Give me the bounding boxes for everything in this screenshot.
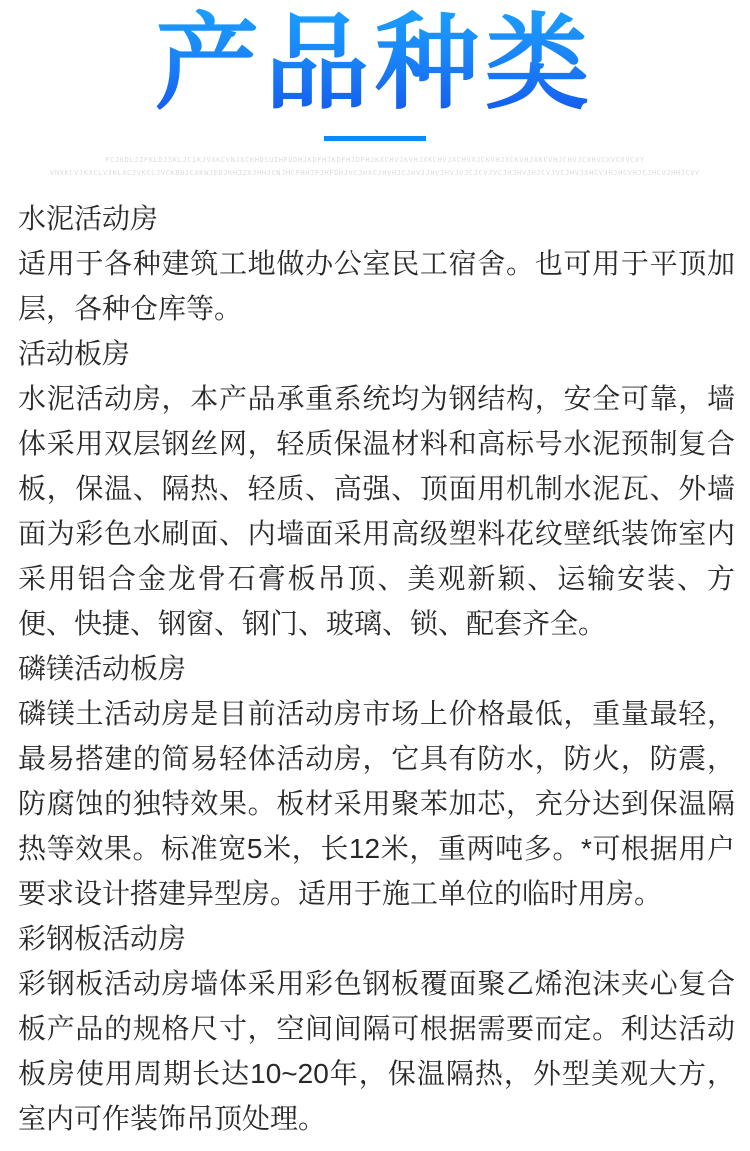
section-paragraph: 水泥活动房，本产品承重系统均为钢结构，安全可靠，墙体采用双层钢丝网，轻质保温材料… (18, 376, 735, 646)
title-underline (324, 136, 426, 141)
watermark-line-2: VNXKCVJKXCLVJKLXCJVKCLJVCKBNJCXKWJEDJKHJ… (0, 167, 750, 180)
section-magnesium-house: 磷镁活动板房 磷镁土活动房是目前活动房市场上价格最低，重量最轻，最易搭建的简易轻… (18, 646, 735, 916)
section-paragraph: 适用于各种建筑工地做办公室民工宿舍。也可用于平顶加层，各种仓库等。 (18, 241, 735, 331)
section-color-steel-house: 彩钢板活动房 彩钢板活动房墙体采用彩色钢板覆面聚乙烯泡沫夹心复合板产品的规格尺寸… (18, 916, 735, 1141)
page: { "page": { "title": "产品种类", "accent_gra… (0, 0, 750, 1151)
watermark-line-1: FCJKDLJZFKLDJSKLJCIKJVXKCVNJXCKHDSUIHFUD… (0, 154, 750, 167)
section-heading: 水泥活动房 (18, 196, 735, 241)
hero-header: 产品种类 (0, 0, 750, 141)
section-panel-house: 活动板房 水泥活动房，本产品承重系统均为钢结构，安全可靠，墙体采用双层钢丝网，轻… (18, 331, 735, 646)
watermark-block: FCJKDLJZFKLDJSKLJCIKJVXKCVNJXCKHDSUIHFUD… (0, 154, 750, 180)
page-title: 产品种类 (155, 6, 595, 122)
section-heading: 磷镁活动板房 (18, 646, 735, 691)
section-cement-house: 水泥活动房 适用于各种建筑工地做办公室民工宿舍。也可用于平顶加层，各种仓库等。 (18, 196, 735, 331)
section-heading: 彩钢板活动房 (18, 916, 735, 961)
section-paragraph: 彩钢板活动房墙体采用彩色钢板覆面聚乙烯泡沫夹心复合板产品的规格尺寸，空间间隔可根… (18, 961, 735, 1141)
article-content: 水泥活动房 适用于各种建筑工地做办公室民工宿舍。也可用于平顶加层，各种仓库等。 … (0, 180, 750, 1151)
section-paragraph: 磷镁土活动房是目前活动房市场上价格最低，重量最轻，最易搭建的简易轻体活动房，它具… (18, 691, 735, 916)
section-heading: 活动板房 (18, 331, 735, 376)
